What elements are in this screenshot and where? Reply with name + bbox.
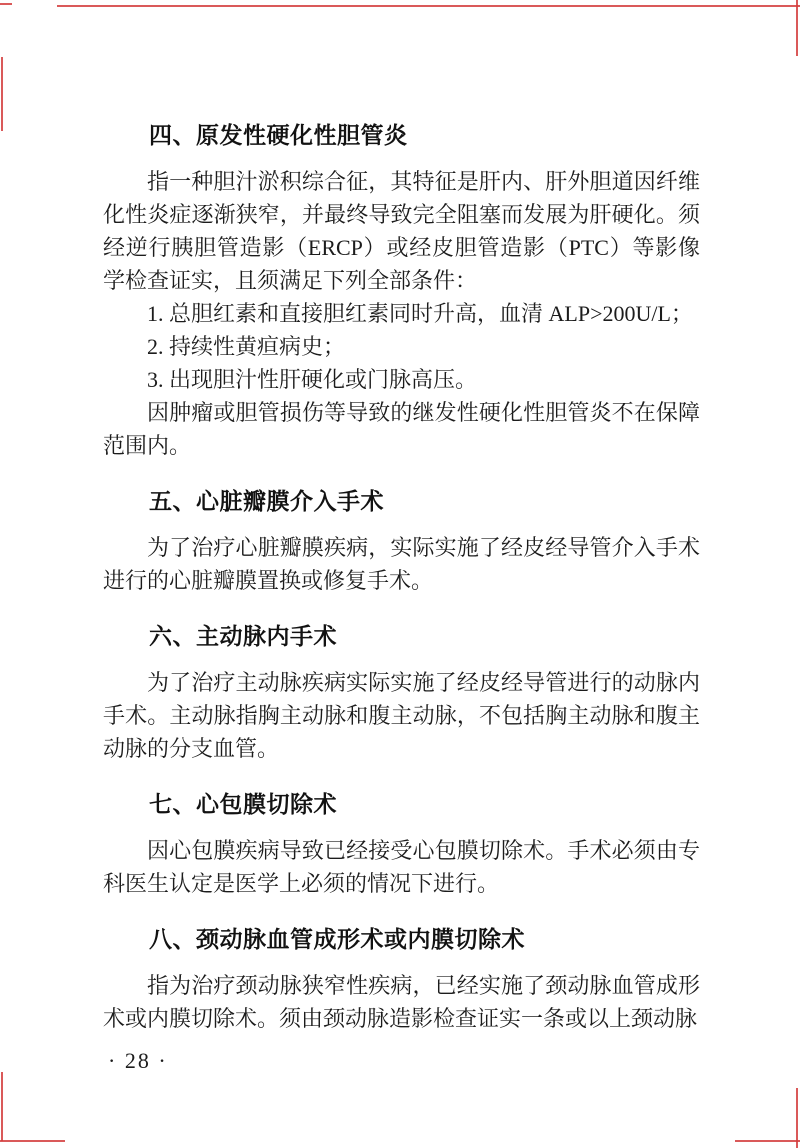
paragraph: 为了治疗主动脉疾病实际实施了经皮经导管进行的动脉内手术。主动脉指胸主动脉和腹主动… [103,666,700,765]
paragraph: 指一种胆汁淤积综合征，其特征是肝内、肝外胆道因纤维化性炎症逐渐狭窄，并最终导致完… [103,165,700,297]
condition-item: 3. 出现胆汁性肝硬化或门脉高压。 [103,363,700,396]
paragraph: 因肿瘤或胆管损伤等导致的继发性硬化性胆管炎不在保障范围内。 [103,396,700,462]
page-frame-segment [57,5,800,7]
page-frame-segment [796,0,798,56]
paragraph: 指为治疗颈动脉狭窄性疾病，已经实施了颈动脉血管成形术或内膜切除术。须由颈动脉造影… [103,969,700,1035]
section-heading-2: 五、心脏瓣膜介入手术 [103,486,700,516]
page-frame-segment [1,57,3,131]
document-body: 四、原发性硬化性胆管炎指一种胆汁淤积综合征，其特征是肝内、肝外胆道因纤维化性炎症… [103,120,700,1035]
condition-item: 2. 持续性黄疸病史； [103,330,700,363]
page-frame-segment [796,1088,798,1148]
page-number: · 28 · [108,1048,168,1074]
section-heading-4: 七、心包膜切除术 [103,789,700,819]
page-frame-segment [735,1140,800,1142]
paragraph: 为了治疗心脏瓣膜疾病，实际实施了经皮经导管介入手术进行的心脏瓣膜置换或修复手术。 [103,531,700,597]
section-heading-5: 八、颈动脉血管成形术或内膜切除术 [103,924,700,954]
section-heading-3: 六、主动脉内手术 [103,621,700,651]
paragraph: 因心包膜疾病导致已经接受心包膜切除术。手术必须由专科医生认定是医学上必须的情况下… [103,834,700,900]
condition-item: 1. 总胆红素和直接胆红素同时升高，血清 ALP>200U/L； [103,297,700,330]
document-page: 四、原发性硬化性胆管炎指一种胆汁淤积综合征，其特征是肝内、肝外胆道因纤维化性炎症… [0,0,800,1148]
page-frame-segment [0,1140,65,1142]
page-frame-segment [1,1072,3,1141]
section-heading-1: 四、原发性硬化性胆管炎 [103,120,700,150]
page-frame-segment [0,3,12,5]
